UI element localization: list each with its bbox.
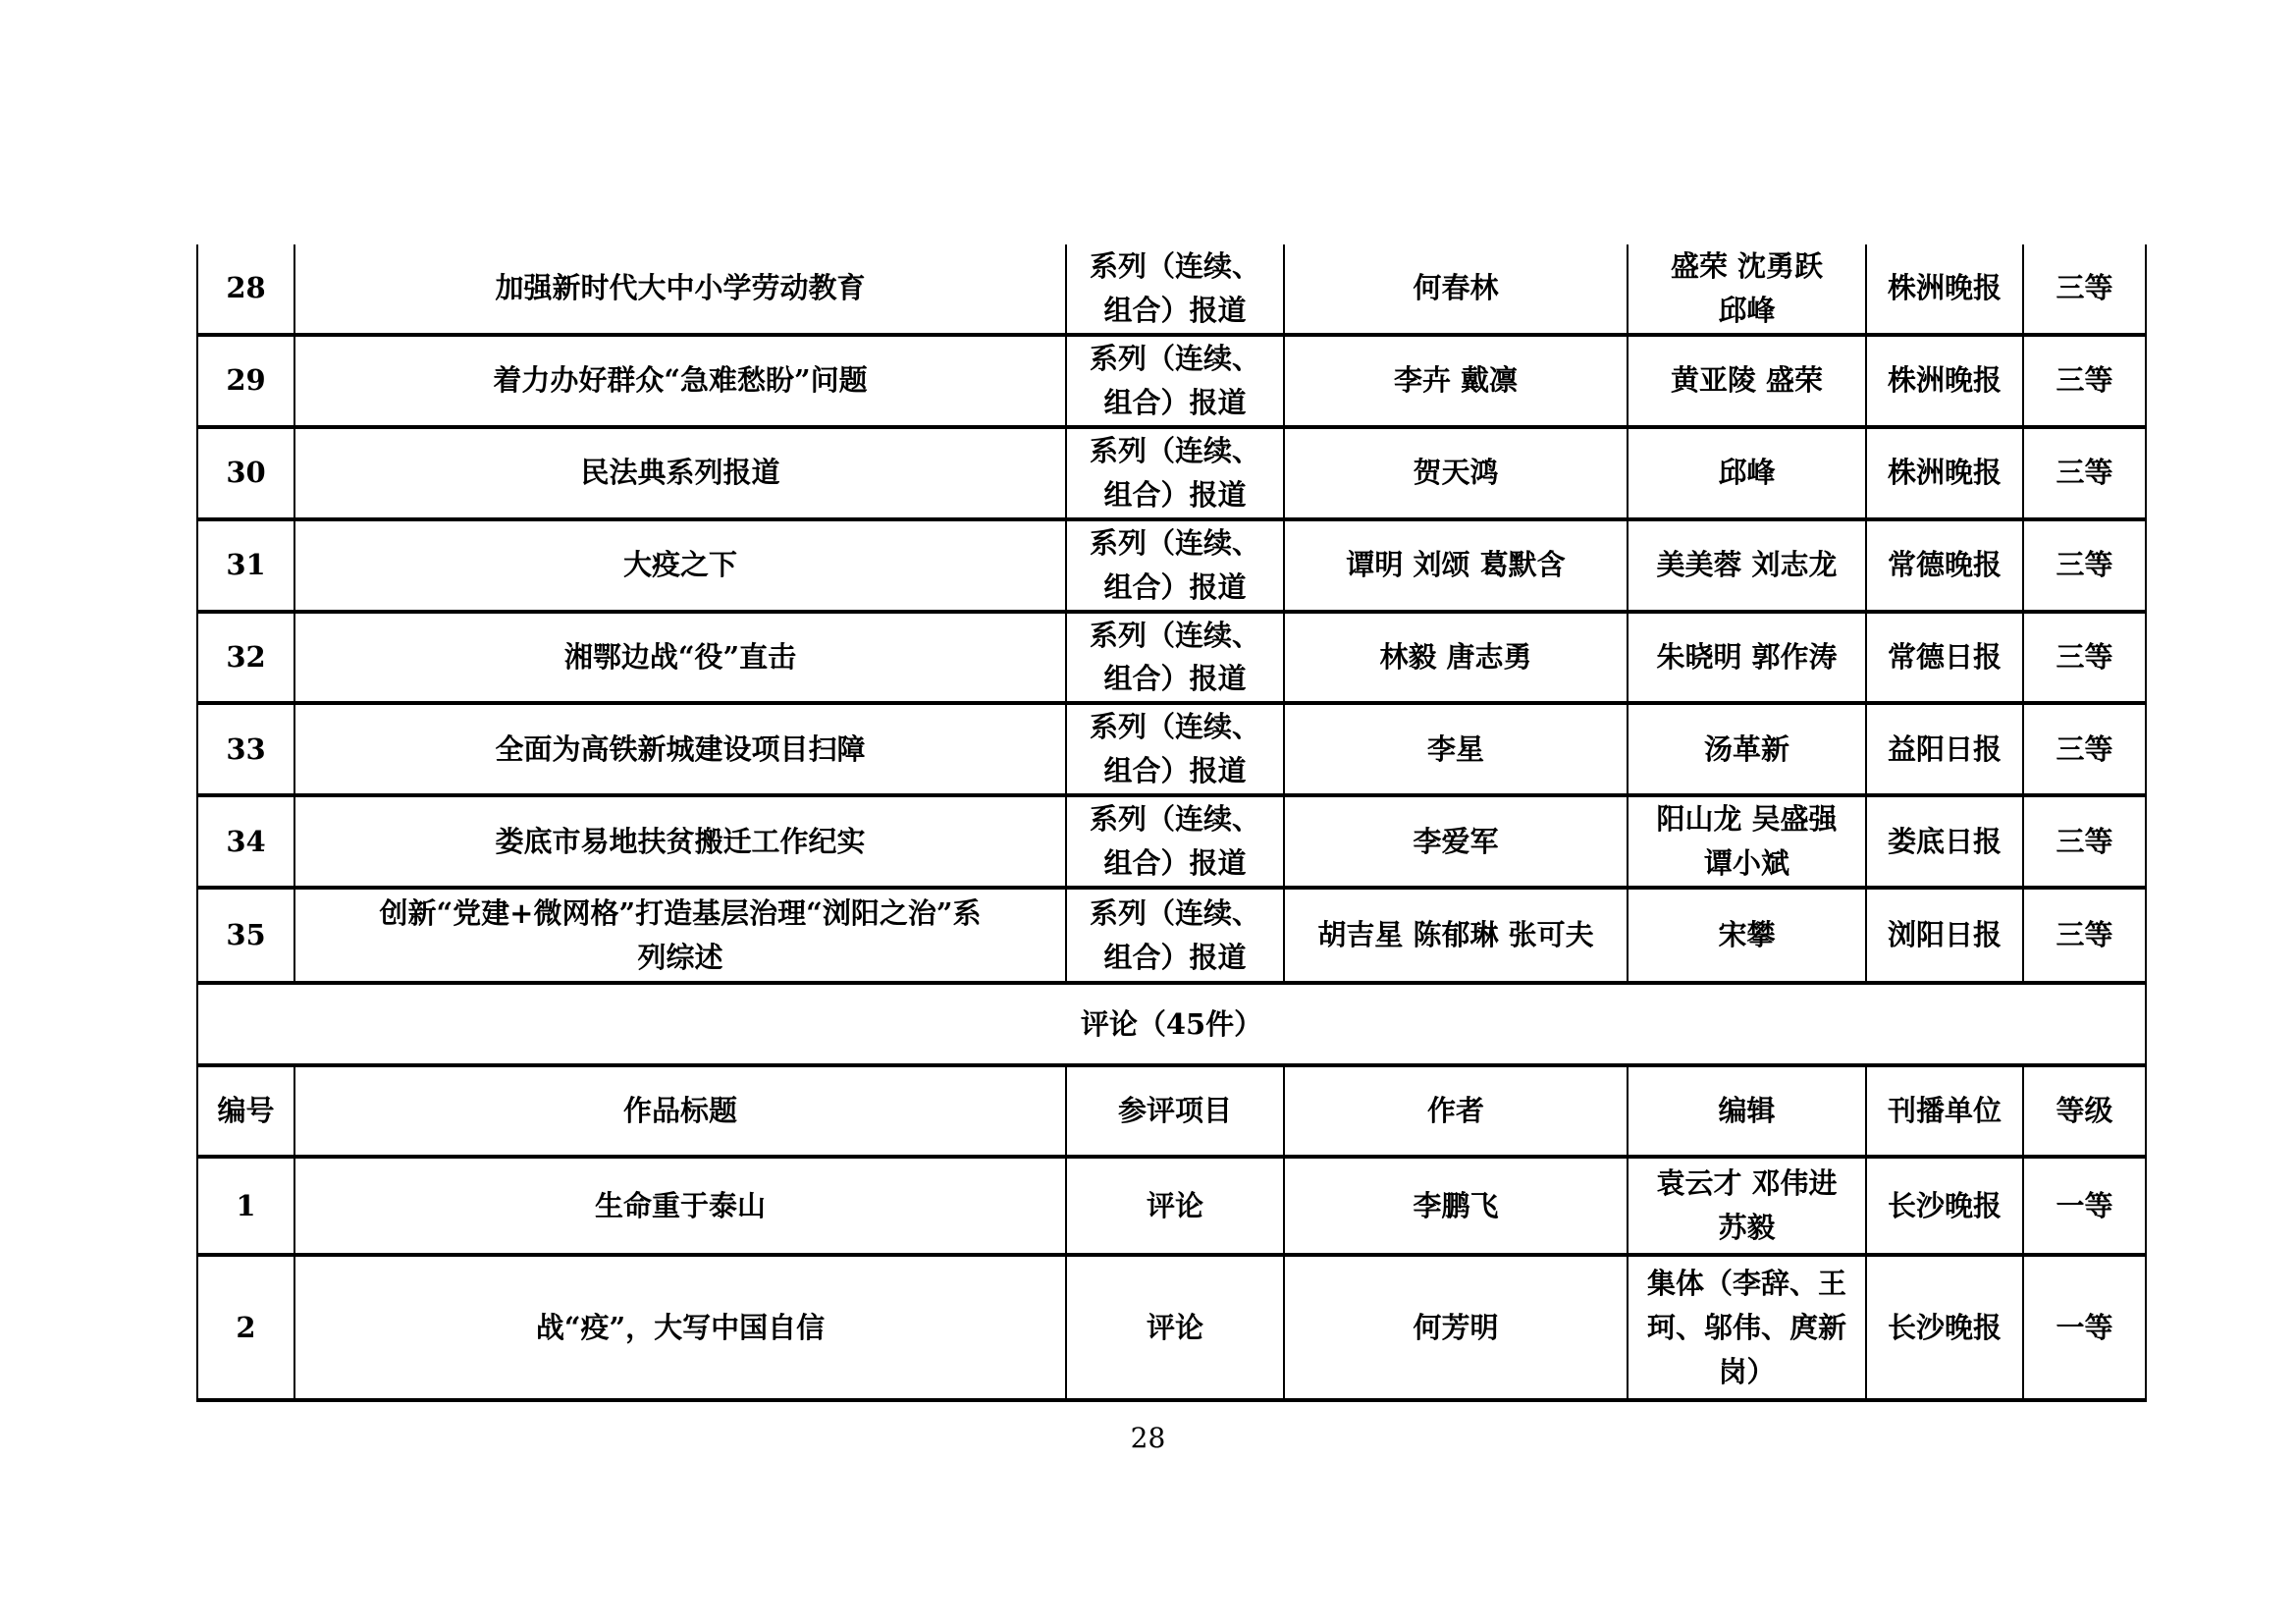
- cell-id: 2: [197, 1255, 294, 1400]
- table-row: 33 全面为高铁新城建设项目扫障 系列（连续、 组合）报道 李星 汤革新 益阳日…: [197, 703, 2146, 795]
- cell-publisher: 长沙晚报: [1866, 1255, 2023, 1400]
- cell-category: 系列（连续、 组合）报道: [1066, 888, 1284, 983]
- table-row: 31 大疫之下 系列（连续、 组合）报道 谭明 刘颂 葛默含 美美蓉 刘志龙 常…: [197, 519, 2146, 612]
- col-header-grade: 等级: [2023, 1065, 2146, 1157]
- cell-author: 胡吉星 陈郁琳 张可夫: [1284, 888, 1628, 983]
- cell-publisher: 长沙晚报: [1866, 1157, 2023, 1255]
- cell-editor: 邱峰: [1628, 427, 1866, 519]
- col-header-publisher: 刊播单位: [1866, 1065, 2023, 1157]
- cell-grade: 三等: [2023, 888, 2146, 983]
- cell-id: 31: [197, 519, 294, 612]
- cell-editor: 盛荣 沈勇跃 邱峰: [1628, 244, 1866, 335]
- cell-publisher: 株洲晚报: [1866, 335, 2023, 427]
- cell-grade: 三等: [2023, 612, 2146, 704]
- cell-category: 系列（连续、 组合）报道: [1066, 244, 1284, 335]
- cell-author: 李鹏飞: [1284, 1157, 1628, 1255]
- cell-category: 系列（连续、 组合）报道: [1066, 519, 1284, 612]
- col-header-author: 作者: [1284, 1065, 1628, 1157]
- cell-category: 评论: [1066, 1157, 1284, 1255]
- cell-title: 生命重于泰山: [294, 1157, 1066, 1255]
- cell-publisher: 常德日报: [1866, 612, 2023, 704]
- col-header-editor: 编辑: [1628, 1065, 1866, 1157]
- cell-editor: 集体（李辞、王 珂、邬伟、庹新 岗）: [1628, 1255, 1866, 1400]
- cell-category: 评论: [1066, 1255, 1284, 1400]
- cell-publisher: 株洲晚报: [1866, 244, 2023, 335]
- cell-title: 着力办好群众“急难愁盼”问题: [294, 335, 1066, 427]
- table-row: 35 创新“党建+微网格”打造基层治理“浏阳之治”系 列综述 系列（连续、 组合…: [197, 888, 2146, 983]
- table-row: 29 着力办好群众“急难愁盼”问题 系列（连续、 组合）报道 李卉 戴凛 黄亚陵…: [197, 335, 2146, 427]
- cell-author: 谭明 刘颂 葛默含: [1284, 519, 1628, 612]
- cell-author: 何芳明: [1284, 1255, 1628, 1400]
- cell-grade: 三等: [2023, 703, 2146, 795]
- table-row: 2 战“疫”，大写中国自信 评论 何芳明 集体（李辞、王 珂、邬伟、庹新 岗） …: [197, 1255, 2146, 1400]
- cell-editor: 美美蓉 刘志龙: [1628, 519, 1866, 612]
- cell-editor: 朱晓明 郭作涛: [1628, 612, 1866, 704]
- cell-author: 林毅 唐志勇: [1284, 612, 1628, 704]
- table-row: 28 加强新时代大中小学劳动教育 系列（连续、 组合）报道 何春林 盛荣 沈勇跃…: [197, 244, 2146, 335]
- header-row: 编号 作品标题 参评项目 作者 编辑 刊播单位 等级: [197, 1065, 2146, 1157]
- cell-publisher: 常德晚报: [1866, 519, 2023, 612]
- cell-title: 民法典系列报道: [294, 427, 1066, 519]
- cell-id: 30: [197, 427, 294, 519]
- cell-grade: 三等: [2023, 427, 2146, 519]
- cell-id: 33: [197, 703, 294, 795]
- cell-editor: 汤革新: [1628, 703, 1866, 795]
- cell-author: 李爱军: [1284, 795, 1628, 888]
- cell-publisher: 益阳日报: [1866, 703, 2023, 795]
- cell-category: 系列（连续、 组合）报道: [1066, 612, 1284, 704]
- cell-grade: 三等: [2023, 244, 2146, 335]
- table-row: 32 湘鄂边战“役”直击 系列（连续、 组合）报道 林毅 唐志勇 朱晓明 郭作涛…: [197, 612, 2146, 704]
- section-title: 评论（45件）: [197, 983, 2146, 1065]
- cell-author: 李星: [1284, 703, 1628, 795]
- cell-grade: 三等: [2023, 519, 2146, 612]
- cell-title: 娄底市易地扶贫搬迁工作纪实: [294, 795, 1066, 888]
- cell-publisher: 浏阳日报: [1866, 888, 2023, 983]
- col-header-title: 作品标题: [294, 1065, 1066, 1157]
- cell-grade: 一等: [2023, 1255, 2146, 1400]
- cell-category: 系列（连续、 组合）报道: [1066, 795, 1284, 888]
- col-header-category: 参评项目: [1066, 1065, 1284, 1157]
- cell-category: 系列（连续、 组合）报道: [1066, 703, 1284, 795]
- cell-publisher: 株洲晚报: [1866, 427, 2023, 519]
- cell-grade: 一等: [2023, 1157, 2146, 1255]
- cell-title: 加强新时代大中小学劳动教育: [294, 244, 1066, 335]
- cell-author: 贺天鸿: [1284, 427, 1628, 519]
- cell-editor: 黄亚陵 盛荣: [1628, 335, 1866, 427]
- cell-id: 32: [197, 612, 294, 704]
- cell-title: 大疫之下: [294, 519, 1066, 612]
- cell-grade: 三等: [2023, 335, 2146, 427]
- section-row: 评论（45件）: [197, 983, 2146, 1065]
- cell-category: 系列（连续、 组合）报道: [1066, 427, 1284, 519]
- document-page: { "document": { "page_number": "28" }, "…: [0, 0, 2296, 1624]
- cell-id: 34: [197, 795, 294, 888]
- cell-author: 李卉 戴凛: [1284, 335, 1628, 427]
- cell-id: 35: [197, 888, 294, 983]
- cell-title: 湘鄂边战“役”直击: [294, 612, 1066, 704]
- cell-grade: 三等: [2023, 795, 2146, 888]
- cell-title: 创新“党建+微网格”打造基层治理“浏阳之治”系 列综述: [294, 888, 1066, 983]
- table-row: 1 生命重于泰山 评论 李鹏飞 袁云才 邓伟进 苏毅 长沙晚报 一等: [197, 1157, 2146, 1255]
- cell-id: 29: [197, 335, 294, 427]
- cell-editor: 袁云才 邓伟进 苏毅: [1628, 1157, 1866, 1255]
- cell-id: 1: [197, 1157, 294, 1255]
- cell-category: 系列（连续、 组合）报道: [1066, 335, 1284, 427]
- cell-editor: 阳山龙 吴盛强 谭小斌: [1628, 795, 1866, 888]
- col-header-id: 编号: [197, 1065, 294, 1157]
- cell-publisher: 娄底日报: [1866, 795, 2023, 888]
- cell-author: 何春林: [1284, 244, 1628, 335]
- page-number: 28: [0, 1422, 2296, 1454]
- cell-id: 28: [197, 244, 294, 335]
- table-row: 34 娄底市易地扶贫搬迁工作纪实 系列（连续、 组合）报道 李爱军 阳山龙 吴盛…: [197, 795, 2146, 888]
- cell-title: 全面为高铁新城建设项目扫障: [294, 703, 1066, 795]
- awards-table: 28 加强新时代大中小学劳动教育 系列（连续、 组合）报道 何春林 盛荣 沈勇跃…: [196, 244, 2147, 1402]
- cell-editor: 宋攀: [1628, 888, 1866, 983]
- table-row: 30 民法典系列报道 系列（连续、 组合）报道 贺天鸿 邱峰 株洲晚报 三等: [197, 427, 2146, 519]
- cell-title: 战“疫”，大写中国自信: [294, 1255, 1066, 1400]
